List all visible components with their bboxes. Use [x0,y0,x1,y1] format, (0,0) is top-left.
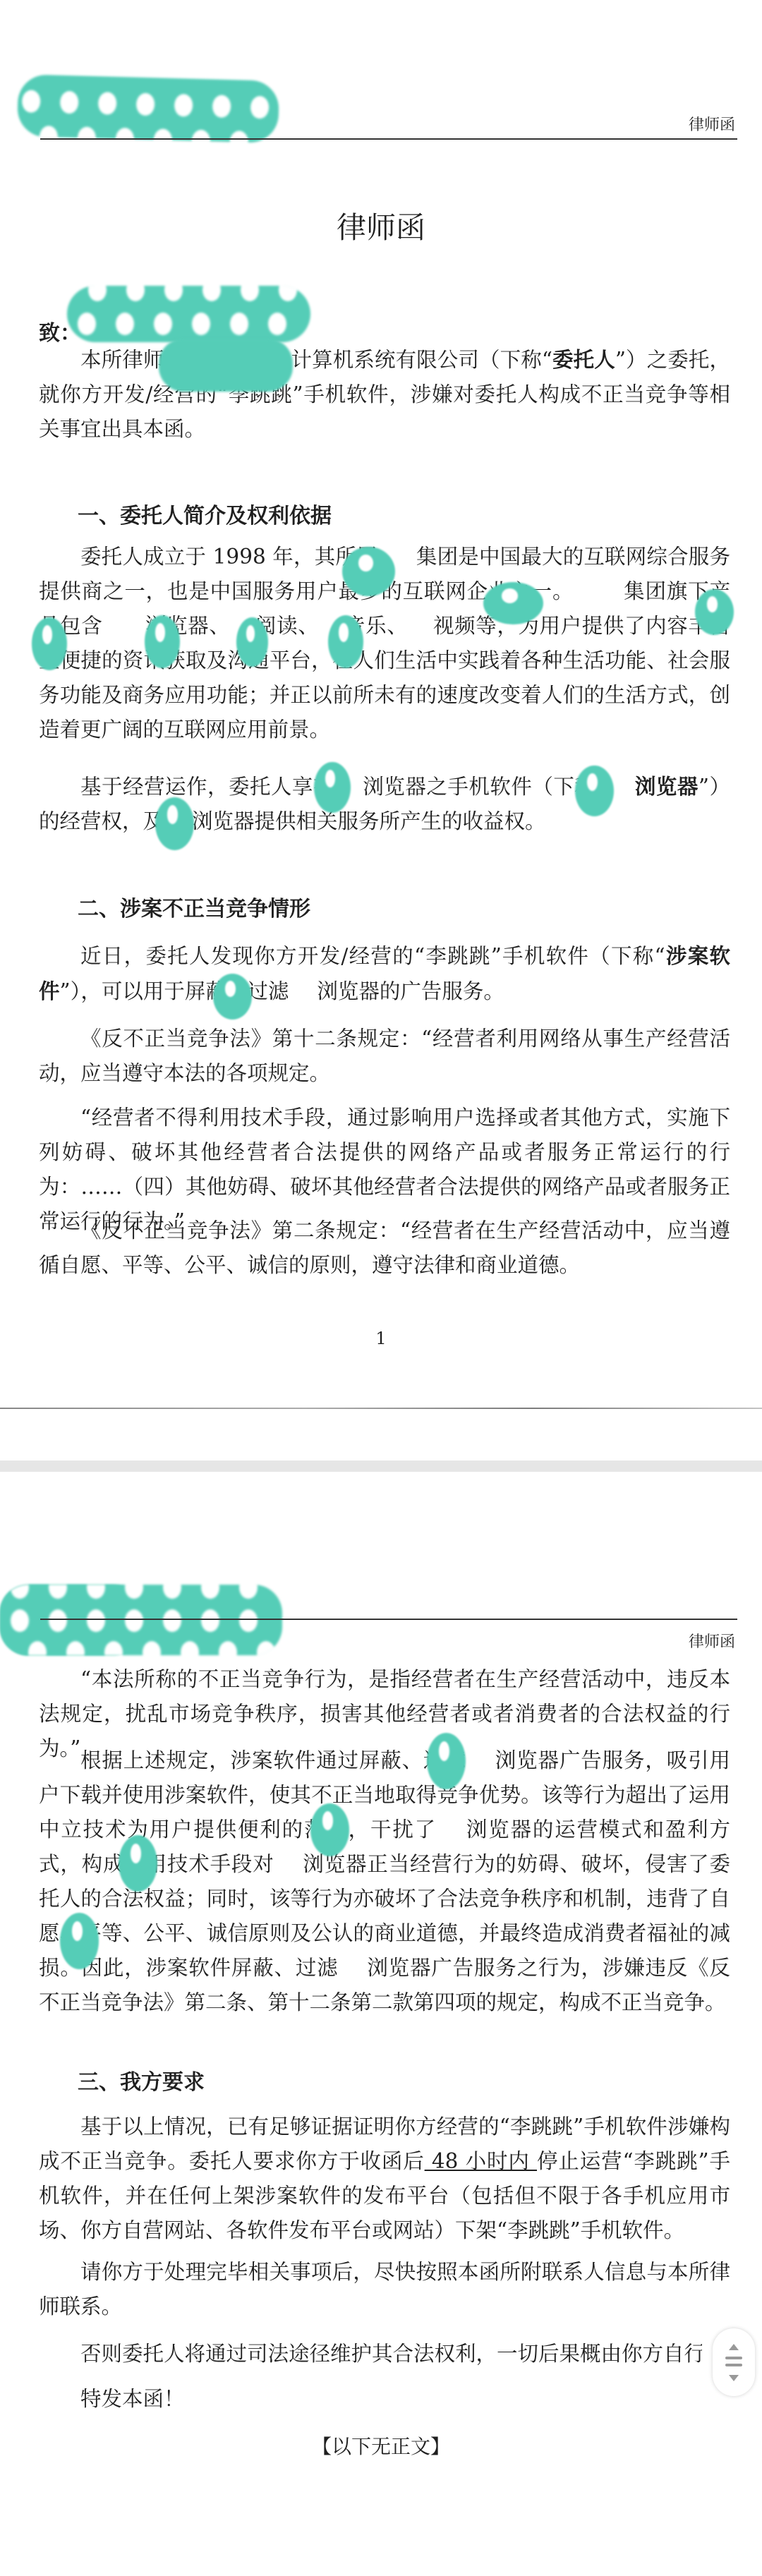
scroll-control[interactable] [713,2328,755,2396]
intro-paragraph: 本所律师计算机系统有限公司（下称“委托人”）之委托，就你方开发/经营的“李跳跳”… [39,342,730,447]
section-1-paragraph-2: 基于经营运作，委托人享有浏览器之手机软件（下称“浏览器”）的经营权，及浏览器提供… [39,769,730,839]
drag-handle-icon[interactable] [725,2357,742,2359]
page-number: 1 [0,1329,762,1348]
header-rule [40,138,737,140]
section-2-paragraph-4: 《反不正当竞争法》第二条规定：“经营者在生产经营活动中，应当遵循自愿、平等、公平… [39,1214,730,1283]
scroll-up-arrow-icon[interactable] [729,2344,739,2350]
header-rule [40,1619,737,1620]
section-3-heading: 三、我方要求 [78,2064,205,2096]
section-2-paragraph-1: 近日，委托人发现你方开发/经营的“李跳跳”手机软件（下称“涉案软件”），可以用于… [39,938,730,1009]
redaction-mark [310,1803,349,1856]
redacted-recipient [67,286,310,342]
redaction-mark [695,589,734,635]
redaction-mark [483,582,543,624]
redaction-mark [328,615,363,668]
redaction-mark [213,974,252,1020]
redaction-mark [155,797,194,850]
redaction-mark [236,617,268,667]
redaction-mark [60,1913,99,1969]
redacted-firm-logo [17,74,279,143]
section-2-heading: 二、涉案不正当竞争情形 [78,891,310,922]
scroll-down-arrow-icon[interactable] [729,2375,739,2381]
redaction-mark [145,615,180,668]
section-3-paragraph-2: 请你方于处理完毕相关事项后，尽快按照本函所附联系人信息与本所律师联系。 [39,2255,730,2324]
section-1-heading: 一、委托人简介及权利依据 [78,498,332,529]
section-2-paragraph-2: 《反不正当竞争法》第十二条规定：“经营者利用网络从事生产经营活动，应当遵守本法的… [39,1022,730,1091]
section-3-paragraph-1: 基于以上情况，已有足够证据证明你方经营的“李跳跳”手机软件涉嫌构成不正当竞争。委… [39,2110,730,2248]
redaction-mark [314,762,351,813]
page-separator [0,1461,762,1472]
letter-page-1: 律师函 律师函 致： 本所律师计算机系统有限公司（下称“委托人”）之委托，就你方… [0,0,762,1461]
redacted-firm-logo [0,1585,282,1655]
redaction-mark [32,617,67,670]
section-3-paragraph-3: 否则委托人将通过司法途径维护其合法权利，一切后果概由你方自行承担。 [39,2337,702,2371]
letter-page-2: 律师函 “本法所称的不正当竞争行为，是指经营者在生产经营活动中，违反本法规定，扰… [0,1472,762,2576]
scan-edge-line [0,1408,762,1409]
header-label: 律师函 [689,1630,735,1652]
deadline-48-hours: 48 小时内 [425,2149,537,2173]
redaction-mark [119,1835,157,1892]
redaction-mark [427,1733,466,1789]
redaction-mark [575,766,614,816]
page-title: 律师函 [0,205,762,247]
drag-handle-icon[interactable] [725,2364,742,2366]
redacted-client-name [159,339,293,392]
section-3-paragraph-4: 特发本函！ [39,2382,730,2417]
redaction-mark [342,547,395,596]
end-of-text-mark: 【以下无正文】 [0,2431,762,2460]
header-label: 律师函 [689,113,735,135]
